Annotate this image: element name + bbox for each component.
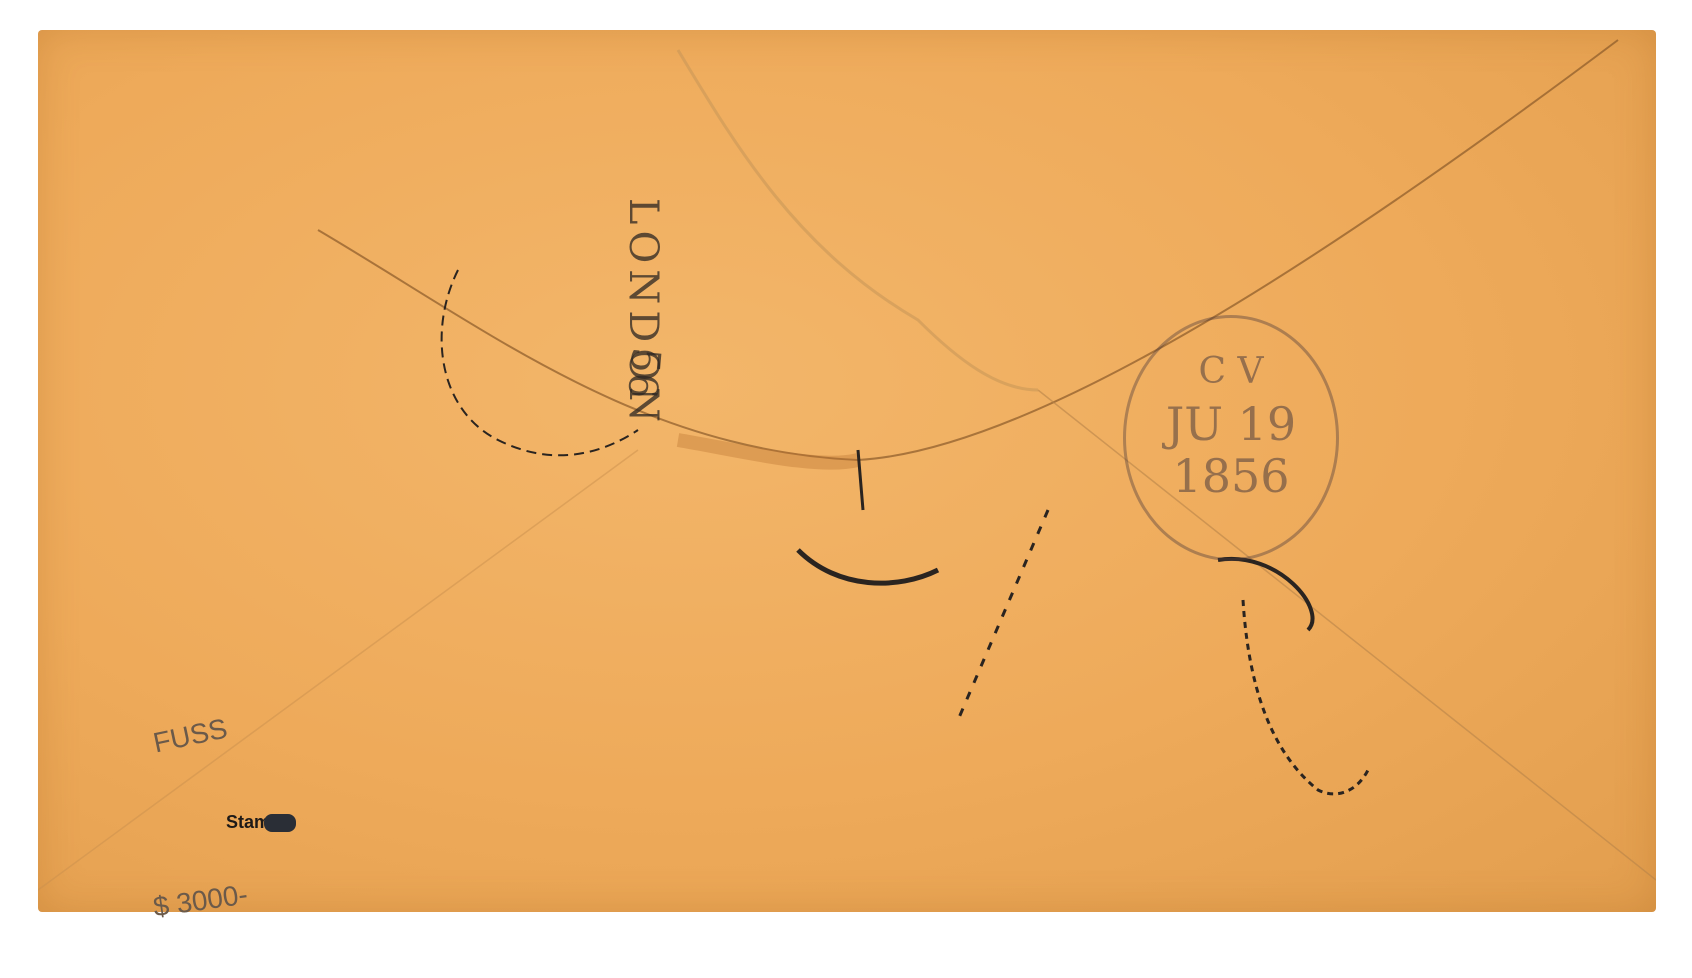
envelope-back: C V JU 19 1856 LONDON 56 FUSS $ 3000- St… (38, 30, 1656, 912)
datestamp-line2: JU 19 (1126, 398, 1336, 450)
datestamp-line1: C V (1126, 346, 1336, 398)
dealer-handstamp: Stam (226, 812, 296, 833)
london-postmark-year: 56 (618, 346, 668, 401)
datestamp-line3: 1856 (1126, 450, 1336, 502)
circular-datestamp: C V JU 19 1856 (1123, 315, 1339, 561)
envelope-flap-lines (38, 30, 1656, 912)
